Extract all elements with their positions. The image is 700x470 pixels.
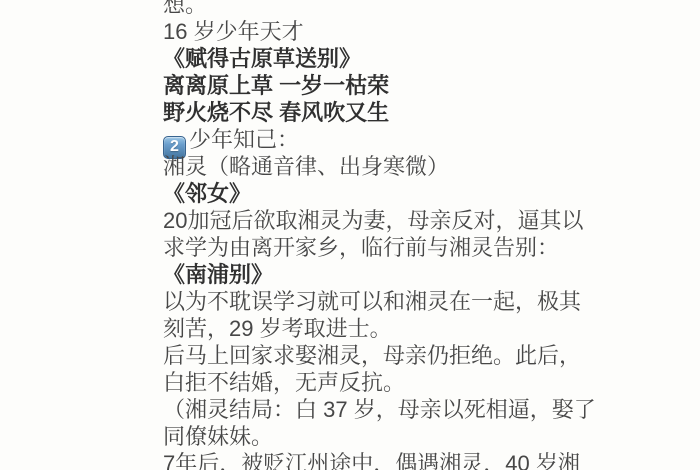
poem-title-nanpu-farewell: 《南浦别》 xyxy=(163,261,596,288)
line-text: 湘灵（略通音律、出身寒微） xyxy=(163,154,449,179)
line-text: 野火烧不尽 春风吹又生 xyxy=(163,100,389,125)
line-text: 刻苦，29 岁考取进士。 xyxy=(163,316,392,341)
line-cutoff-top: 想。 xyxy=(163,0,596,18)
line-text: 想。 xyxy=(163,0,207,17)
line-text: 《赋得古原草送别》 xyxy=(163,46,361,71)
line-ending-part1: （湘灵结局：白 37 岁，母亲以死相逼，娶了 xyxy=(163,396,596,423)
line-text: 20加冠后欲取湘灵为妻，母亲反对，逼其以 xyxy=(163,208,583,233)
poem-title-neighbor-girl: 《邻女》 xyxy=(163,180,596,207)
line-text: 16 岁少年天才 xyxy=(163,19,304,44)
line-text: 《南浦别》 xyxy=(163,262,273,287)
line-study-part1: 以为不耽误学习就可以和湘灵在一起，极其 xyxy=(163,288,596,315)
line-proposal-refused: 后马上回家求娶湘灵，母亲仍拒绝。此后， xyxy=(163,342,596,369)
line-age20-part2: 求学为由离开家乡，临行前与湘灵告别： xyxy=(163,234,596,261)
line-text: 后马上回家求娶湘灵，母亲仍拒绝。此后， xyxy=(163,343,581,368)
line-text: 求学为由离开家乡，临行前与湘灵告别： xyxy=(163,235,559,260)
note-page: 想。 16 岁少年天才 《赋得古原草送别》 离离原上草 一岁一枯荣 野火烧不尽 … xyxy=(0,0,700,470)
line-text: 少年知己： xyxy=(189,127,299,152)
line-text: 白拒不结婚，无声反抗。 xyxy=(163,370,405,395)
poem-verse-2: 野火烧不尽 春风吹又生 xyxy=(163,99,596,126)
line-text: 以为不耽误学习就可以和湘灵在一起，极其 xyxy=(163,289,581,314)
poem-title-grass-farewell: 《赋得古原草送别》 xyxy=(163,45,596,72)
line-text: 同僚妹妹。 xyxy=(163,424,273,449)
line-ending-part2: 同僚妹妹。 xyxy=(163,423,596,450)
line-cutoff-bottom: 7年后，被贬江州途中，偶遇湘灵，40 岁湘 xyxy=(163,450,596,470)
line-prodigy-age: 16 岁少年天才 xyxy=(163,18,596,45)
poem-verse-1: 离离原上草 一岁一枯荣 xyxy=(163,72,596,99)
line-text: 《邻女》 xyxy=(163,181,251,206)
line-text: 7年后，被贬江州途中，偶遇湘灵，40 岁湘 xyxy=(163,451,580,470)
note-text-block: 想。 16 岁少年天才 《赋得古原草送别》 离离原上草 一岁一枯荣 野火烧不尽 … xyxy=(163,0,596,470)
line-xiangling-intro: 湘灵（略通音律、出身寒微） xyxy=(163,153,596,180)
line-age20-part1: 20加冠后欲取湘灵为妻，母亲反对，逼其以 xyxy=(163,207,596,234)
line-study-part2: 刻苦，29 岁考取进士。 xyxy=(163,315,596,342)
section-2-heading: 2少年知己： xyxy=(163,126,596,153)
line-text: （湘灵结局：白 37 岁，母亲以死相逼，娶了 xyxy=(163,397,596,422)
line-text: 离离原上草 一岁一枯荣 xyxy=(163,73,389,98)
line-silent-protest: 白拒不结婚，无声反抗。 xyxy=(163,369,596,396)
